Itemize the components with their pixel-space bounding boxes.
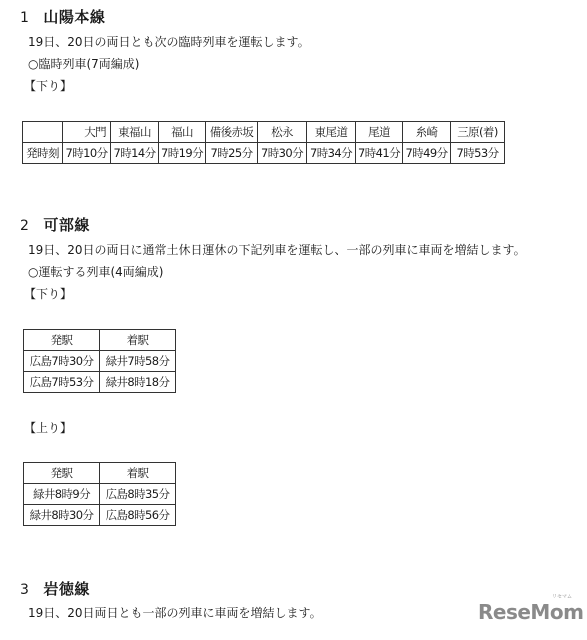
table-cell: 着駅 xyxy=(100,463,176,484)
section-title: 可部線 xyxy=(43,216,90,234)
table-cell: 7時30分 xyxy=(258,143,307,164)
table-cell: 備後赤坂 xyxy=(206,122,258,143)
table-header-row: 発駅 着駅 xyxy=(24,330,176,351)
section-title: 岩徳線 xyxy=(43,580,90,598)
table-cell xyxy=(23,122,63,143)
table-cell: 発駅 xyxy=(24,330,100,351)
table-cell: 緑井8時30分 xyxy=(24,505,100,526)
table-cell: 三原(着) xyxy=(451,122,505,143)
table-cell: 緑井8時9分 xyxy=(24,484,100,505)
section-3-description: 19日、20日両日とも一部の列車に車両を増結します。 xyxy=(28,604,322,621)
table-cell: 東福山 xyxy=(111,122,159,143)
section-2-up-direction: 【上り】 xyxy=(24,419,72,436)
table-cell: 東尾道 xyxy=(307,122,356,143)
table-cell: 大門 xyxy=(63,122,111,143)
table-cell: 7時53分 xyxy=(451,143,505,164)
kabe-down-timetable: 発駅 着駅 広島7時30分 緑井7時58分 広島7時53分 緑井8時18分 xyxy=(23,329,176,393)
table-cell: 福山 xyxy=(159,122,206,143)
table-header-row: 発駅 着駅 xyxy=(24,463,176,484)
table-row: 緑井8時9分 広島8時35分 xyxy=(24,484,176,505)
table-cell: 7時41分 xyxy=(356,143,403,164)
section-2-heading: 2可部線 xyxy=(20,214,90,235)
section-title: 山陽本線 xyxy=(43,8,105,26)
table-row: 緑井8時30分 広島8時56分 xyxy=(24,505,176,526)
table-cell: 7時10分 xyxy=(63,143,111,164)
section-3-heading: 3岩徳線 xyxy=(20,578,90,599)
table-cell: 7時25分 xyxy=(206,143,258,164)
table-header-row: 大門 東福山 福山 備後赤坂 松永 東尾道 尾道 糸崎 三原(着) xyxy=(23,122,505,143)
table-cell: 7時19分 xyxy=(159,143,206,164)
section-1-description: 19日、20日の両日とも次の臨時列車を運転します。 xyxy=(28,33,310,50)
table-cell: 広島8時35分 xyxy=(100,484,176,505)
table-row: 発時刻 7時10分 7時14分 7時19分 7時25分 7時30分 7時34分 … xyxy=(23,143,505,164)
table-cell: 尾道 xyxy=(356,122,403,143)
section-2-train-note: ○運転する列車(4両編成) xyxy=(28,263,163,280)
table-cell: 7時14分 xyxy=(111,143,159,164)
table-cell: 広島7時53分 xyxy=(24,372,100,393)
section-2-down-direction: 【下り】 xyxy=(24,285,72,302)
table-row: 広島7時53分 緑井8時18分 xyxy=(24,372,176,393)
table-cell: 発時刻 xyxy=(23,143,63,164)
table-cell: 緑井8時18分 xyxy=(100,372,176,393)
section-1-direction: 【下り】 xyxy=(24,77,72,94)
table-cell: 発駅 xyxy=(24,463,100,484)
resemom-logo: ReseMom xyxy=(478,600,583,624)
section-number: 3 xyxy=(20,582,29,598)
table-cell: 7時49分 xyxy=(403,143,451,164)
sanyo-timetable: 大門 東福山 福山 備後赤坂 松永 東尾道 尾道 糸崎 三原(着) 発時刻 7時… xyxy=(22,121,505,164)
section-number: 1 xyxy=(20,10,29,26)
table-cell: 着駅 xyxy=(100,330,176,351)
table-cell: 緑井7時58分 xyxy=(100,351,176,372)
table-cell: 糸崎 xyxy=(403,122,451,143)
section-2-description: 19日、20日の両日に通常土休日運休の下記列車を運転し、一部の列車に車両を増結し… xyxy=(28,241,526,258)
kabe-up-timetable: 発駅 着駅 緑井8時9分 広島8時35分 緑井8時30分 広島8時56分 xyxy=(23,462,176,526)
watermark-subtext: リセマム xyxy=(552,593,572,600)
table-cell: 7時34分 xyxy=(307,143,356,164)
table-cell: 松永 xyxy=(258,122,307,143)
section-1-heading: 1山陽本線 xyxy=(20,6,105,27)
table-cell: 広島7時30分 xyxy=(24,351,100,372)
section-number: 2 xyxy=(20,218,29,234)
table-cell: 広島8時56分 xyxy=(100,505,176,526)
section-1-train-note: ○臨時列車(7両編成) xyxy=(28,55,139,72)
table-row: 広島7時30分 緑井7時58分 xyxy=(24,351,176,372)
